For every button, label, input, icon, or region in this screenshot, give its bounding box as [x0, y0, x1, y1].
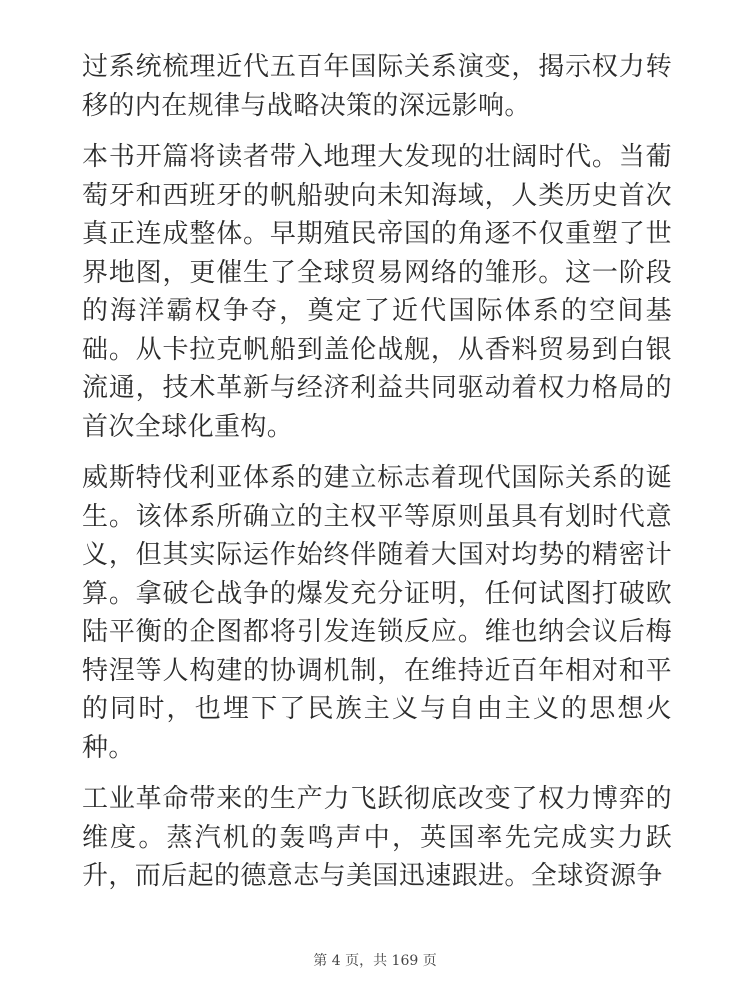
- page-number-footer: 第 4 页，共 169 页: [0, 950, 750, 970]
- paragraph: 工业革命带来的生产力飞跃彻底改变了权力博弈的维度。蒸汽机的轰鸣声中，英国率先完成…: [82, 780, 672, 896]
- paragraph: 本书开篇将读者带入地理大发现的壮阔时代。当葡萄牙和西班牙的帆船驶向未知海域，人类…: [82, 138, 672, 446]
- paragraph: 过系统梳理近代五百年国际关系演变，揭示权力转移的内在规律与战略决策的深远影响。: [82, 48, 672, 125]
- paragraph: 威斯特伐利亚体系的建立标志着现代国际关系的诞生。该体系所确立的主权平等原则虽具有…: [82, 459, 672, 767]
- page-body: 过系统梳理近代五百年国际关系演变，揭示权力转移的内在规律与战略决策的深远影响。 …: [82, 48, 672, 909]
